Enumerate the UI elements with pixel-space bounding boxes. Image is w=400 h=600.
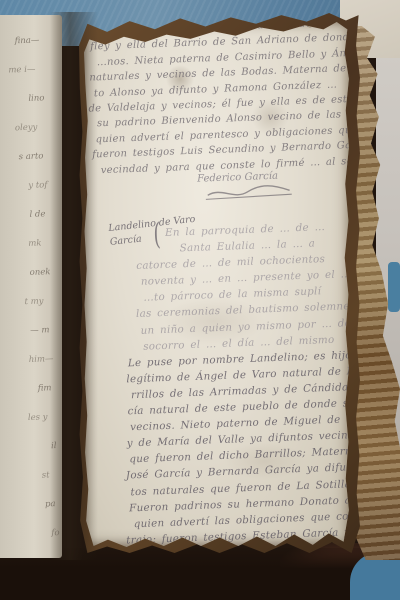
manuscript-fragment: lino	[0, 84, 48, 115]
manuscript-fragment: t my	[0, 287, 55, 318]
photo-stage: fina— me i— lino oleyy s arto y tof l de…	[0, 0, 400, 600]
manuscript-fragment: pa	[7, 490, 62, 521]
manuscript-fragment: il	[5, 432, 60, 463]
baptism-entry-2: En la parroquia de … de … Santa Eulalia …	[121, 218, 368, 548]
manuscript-fragment: oleyy	[0, 113, 49, 144]
manuscript-fragment: him—	[2, 345, 57, 376]
manuscript-page-text: 69 …nia bella y Julia Alonso naturales é…	[83, 12, 368, 547]
manuscript-fragment: me i—	[0, 55, 47, 86]
manuscript-fragment: l de	[0, 200, 52, 231]
manuscript-fragment: les y	[4, 403, 59, 434]
manuscript-fragment: mk	[0, 229, 53, 260]
previous-page-edge: fina— me i— lino oleyy s arto y tof l de…	[0, 15, 62, 558]
signature-rubric-flourish	[203, 182, 296, 203]
manuscript-fragment: onek	[0, 258, 54, 289]
manuscript-fragment: — m	[1, 316, 56, 347]
baptism-entry-1: …nia bella y Julia Alonso naturales él d…	[89, 15, 349, 178]
teal-cloth-sliver	[388, 262, 400, 312]
manuscript-fragment: y tof	[0, 171, 51, 202]
manuscript-fragment: fina—	[0, 26, 46, 57]
manuscript-fragment: fim	[3, 374, 58, 405]
manuscript-page: 69 …nia bella y Julia Alonso naturales é…	[84, 21, 350, 547]
manuscript-fragment: fo	[8, 519, 63, 550]
manuscript-fragment: st	[6, 461, 61, 492]
previous-page-text: fina— me i— lino oleyy s arto y tof l de…	[0, 26, 63, 550]
manuscript-fragment: s arto	[0, 142, 50, 173]
